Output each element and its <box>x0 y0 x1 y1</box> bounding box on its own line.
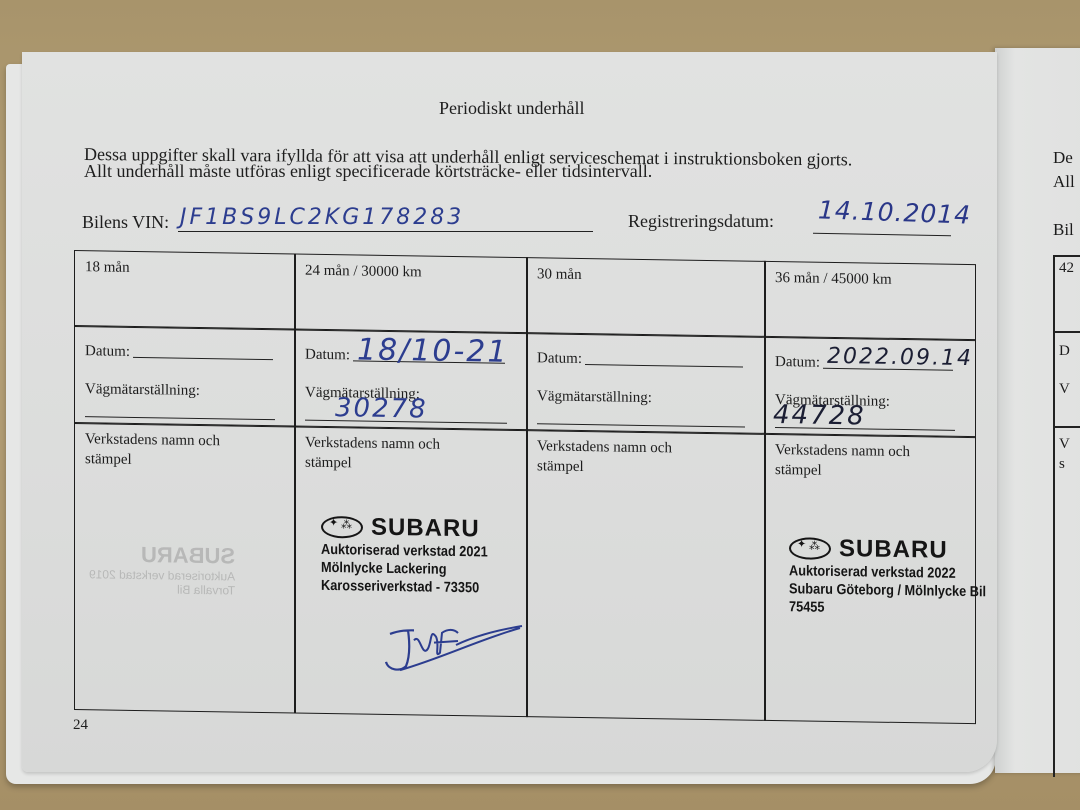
signature-scribble-icon <box>380 618 530 680</box>
stamp-line: 75455 <box>789 598 986 619</box>
workshop-label: Verkstadens namn och <box>85 429 220 451</box>
vin-field[interactable]: JF1BS9LC2KG178283 <box>180 205 464 230</box>
next-page-table <box>1053 255 1080 777</box>
date-field[interactable]: 2022.09.14 <box>827 344 973 371</box>
odometer-field[interactable]: 44728 <box>773 400 866 431</box>
service-record-cell: Datum:Vägmätarställning: <box>526 332 766 434</box>
stamp-brand-name: SUBARU <box>371 514 480 544</box>
service-interval-cell: 24 mån / 30000 km <box>294 253 528 333</box>
odometer-field[interactable] <box>85 400 275 419</box>
service-interval-label: 30 mån <box>537 264 582 285</box>
workshop-label: stämpel <box>537 456 584 477</box>
date-label: Datum: <box>305 345 350 366</box>
service-interval-cell: 18 mån <box>74 250 296 330</box>
faded-stamp-line: Auktoriserad verkstad 2019 <box>89 567 235 583</box>
service-record-cell: Datum:Vägmätarställning:18/10-2130278 <box>294 328 528 430</box>
date-label: Datum: <box>775 352 820 373</box>
signature <box>380 618 530 685</box>
date-label: Datum: <box>537 348 582 369</box>
workshop-stamp: SUBARU Auktoriserad verkstad 2021 Mölnly… <box>321 513 510 598</box>
next-page-text: 42 <box>1059 260 1074 277</box>
service-interval-cell: 30 mån <box>526 257 766 337</box>
workshop-label: Verkstadens namn och <box>537 436 672 458</box>
workshop-label: Verkstadens namn och <box>305 433 440 455</box>
page-number: 24 <box>73 717 88 734</box>
service-interval-label: 24 mån / 30000 km <box>305 261 422 283</box>
service-record-cell: Datum:Vägmätarställning: <box>74 325 296 427</box>
next-page-text: All <box>1053 172 1075 192</box>
workshop-stamp-cell: Verkstadens namn ochstämpel SUBARU Aukto… <box>294 425 528 716</box>
date-field[interactable] <box>133 339 273 359</box>
faded-stamp-brand: SUBARU <box>89 541 235 569</box>
faded-stamp-line: Torvalla Bil <box>89 581 235 597</box>
next-page-text: s <box>1059 456 1065 473</box>
stamp-brand: SUBARU <box>321 513 510 544</box>
subaru-logo-icon <box>321 516 363 539</box>
workshop-label: stämpel <box>305 453 352 474</box>
service-interval-label: 36 mån / 45000 km <box>775 268 892 290</box>
stamp-line: Karosseriverkstad - 73350 <box>321 577 488 598</box>
workshop-stamp-cell: Verkstadens namn ochstämpel SUBARU Aukto… <box>764 433 976 724</box>
page-title: Periodiskt underhåll <box>439 98 584 119</box>
registration-date-label: Registreringsdatum: <box>628 211 774 232</box>
workshop-stamp: SUBARU Auktoriserad verkstad 2022 Subaru… <box>789 534 1013 620</box>
date-field[interactable]: 18/10-21 <box>357 332 508 369</box>
service-interval-cell: 36 mån / 45000 km <box>764 261 976 341</box>
next-page-text: De <box>1053 148 1073 168</box>
odometer-field[interactable]: 30278 <box>335 393 428 424</box>
service-schedule-table: 18 månDatum:Vägmätarställning:Verkstaden… <box>74 250 974 722</box>
subaru-logo-icon <box>789 537 831 560</box>
next-page-text: V <box>1059 436 1070 453</box>
workshop-label: Verkstadens namn och <box>775 440 910 462</box>
registration-date-field[interactable]: 14.10.2014 <box>818 195 972 229</box>
service-interval-label: 18 mån <box>85 257 130 278</box>
stamp-brand-name: SUBARU <box>839 535 948 565</box>
workshop-label: stämpel <box>85 449 132 470</box>
next-page-text: Bil <box>1053 220 1074 240</box>
faded-stamp-imprint: SUBARU Auktoriserad verkstad 2019 Torval… <box>89 541 235 597</box>
vin-underline <box>178 231 593 232</box>
workshop-label: stämpel <box>775 460 822 481</box>
odometer-label: Vägmätarställning: <box>537 386 652 408</box>
next-page-text: V <box>1059 381 1070 398</box>
next-page-text: D <box>1059 343 1070 360</box>
odometer-field[interactable] <box>537 407 745 426</box>
stamp-brand: SUBARU <box>789 534 1013 566</box>
workshop-stamp-cell: Verkstadens namn ochstämpel <box>526 429 766 720</box>
date-label: Datum: <box>85 341 130 362</box>
workshop-stamp-cell: Verkstadens namn ochstämpelSUBARU Auktor… <box>74 422 296 713</box>
divider <box>1053 331 1080 333</box>
divider <box>1053 426 1080 428</box>
next-page-edge: De All Bil 42 D V V s <box>995 48 1080 773</box>
odometer-label: Vägmätarställning: <box>85 379 200 401</box>
date-field[interactable] <box>585 346 743 366</box>
intro-text-line-2: Allt underhåll måste utföras enligt spec… <box>84 161 652 182</box>
service-record-cell: Datum:Vägmätarställning:2022.09.1444728 <box>764 336 976 438</box>
vin-label: Bilens VIN: <box>82 212 169 233</box>
